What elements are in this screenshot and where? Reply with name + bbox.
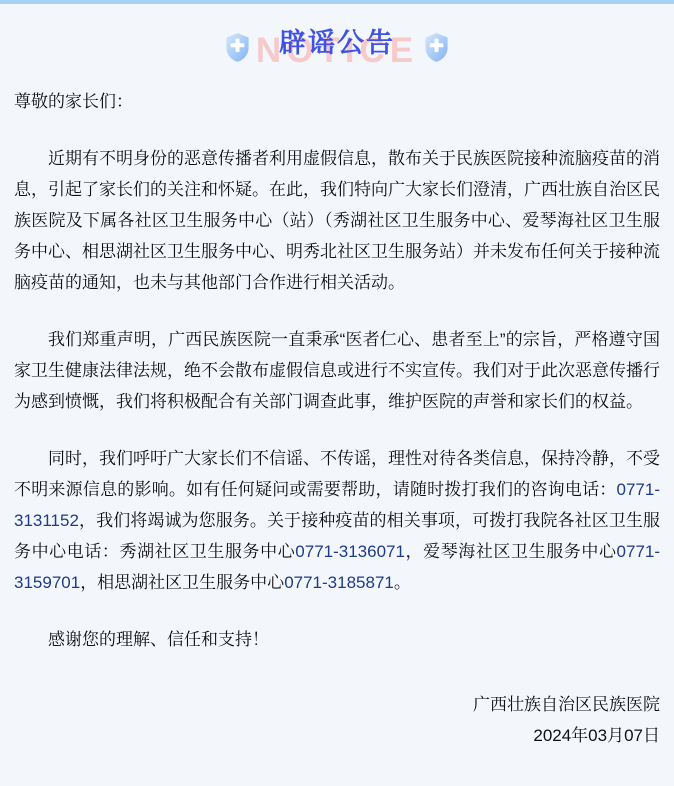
shield-plus-icon — [224, 32, 251, 68]
letter-body: 尊敬的家长们： 近期有不明身份的恶意传播者利用虚假信息，散布关于民族医院接种流脑… — [0, 86, 674, 751]
paragraph-statement: 我们郑重声明，广西民族医院一直秉承“医者仁心、患者至上”的宗旨，严格遵守国家卫生… — [14, 324, 660, 417]
signature-block: 广西壮族自治区民族医院 2024年03月07日 — [14, 689, 660, 751]
phone-number[interactable]: 0771-3136071 — [295, 542, 405, 561]
signature-date: 2024年03月07日 — [14, 720, 660, 751]
notice-header: NOTICE 辟谣公告 — [0, 4, 674, 66]
paragraph-text: 同时，我们呼吁广大家长们不信谣、不传谣，理性对待各类信息，保持冷静，不受不明来源… — [14, 449, 660, 499]
shield-plus-icon — [423, 32, 450, 68]
page-title: 辟谣公告 — [279, 21, 395, 60]
salutation: 尊敬的家长们： — [14, 86, 660, 117]
closing-thanks: 感谢您的理解、信任和支持！ — [14, 624, 660, 655]
paragraph-text: ，爱琴海社区卫生服务中心 — [405, 542, 617, 561]
signature-hospital-name: 广西壮族自治区民族医院 — [14, 689, 660, 720]
paragraph-text: 。 — [394, 573, 411, 592]
paragraph-clarification: 近期有不明身份的恶意传播者利用虚假信息，散布关于民族医院接种流脑疫苗的消息，引起… — [14, 143, 660, 298]
phone-number[interactable]: 0771-3185871 — [284, 573, 394, 592]
paragraph-appeal: 同时，我们呼吁广大家长们不信谣、不传谣，理性对待各类信息，保持冷静，不受不明来源… — [14, 443, 660, 598]
paragraph-text: ，相思湖社区卫生服务中心 — [80, 573, 284, 592]
